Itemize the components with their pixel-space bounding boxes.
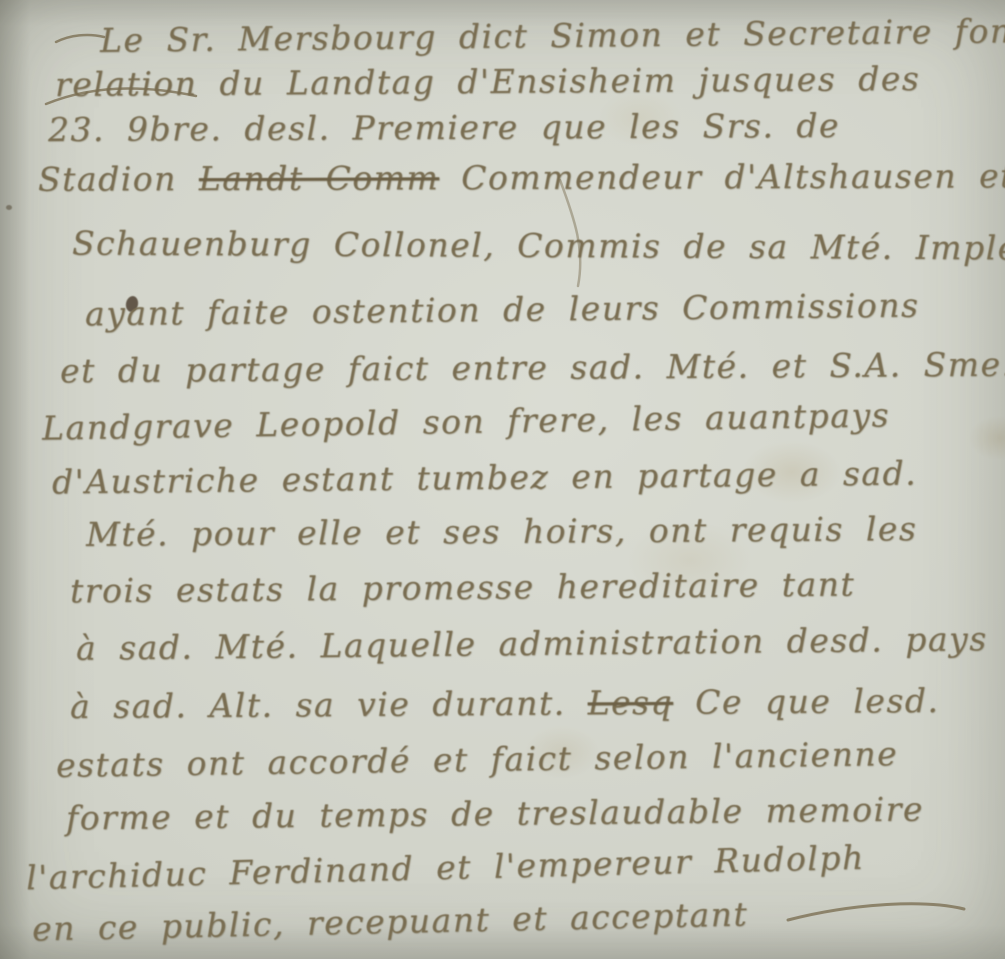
struck-text: Lesq — [588, 683, 674, 723]
line-4-post: Commendeur d'Altshausen et — [439, 156, 1005, 197]
manuscript-text-block: Le Sr. Mersbourg dict Simon et Secretair… — [0, 0, 1005, 959]
manuscript-line-9: d'Austriche estant tumbez en partage a s… — [52, 453, 917, 501]
manuscript-line-3: 23. 9bre. desl. Premiere que les Srs. de — [48, 106, 840, 149]
manuscript-line-10: Mté. pour elle et ses hoirs, ont requis … — [86, 509, 918, 554]
manuscript-line-4: Stadion Landt Comm Commendeur d'Altshaus… — [38, 156, 1005, 198]
manuscript-line-11: trois estats la promesse hereditaire tan… — [70, 565, 855, 611]
manuscript-line-16: l'archiduc Ferdinand et l'empereur Rudol… — [26, 838, 866, 897]
manuscript-line-2: relation du Landtag d'Ensisheim jusques … — [55, 59, 921, 104]
manuscript-line-5: Schauenburg Collonel, Commis de sa Mté. … — [72, 223, 1005, 267]
line-13-post: Ce que lesd. — [673, 681, 940, 722]
line-13-pre: à sad. Alt. sa vie durant. — [70, 683, 588, 726]
manuscript-line-17: en ce public, recepuant et acceptant — [32, 895, 749, 949]
manuscript-page: Le Sr. Mersbourg dict Simon et Secretair… — [0, 0, 1005, 959]
manuscript-line-12: à sad. Mté. Laquelle administration desd… — [76, 619, 988, 668]
line-4-pre: Stadion — [38, 159, 199, 199]
manuscript-line-14: estats ont accordé et faict selon l'anci… — [56, 734, 899, 785]
manuscript-line-6: ayant faite ostention de leurs Commissio… — [85, 286, 920, 334]
manuscript-line-15: forme et du temps de treslaudable memoir… — [66, 790, 924, 838]
manuscript-line-1: Le Sr. Mersbourg dict Simon et Secretair… — [100, 11, 1005, 60]
manuscript-line-8: Landgrave Leopold son frere, les auantpa… — [42, 395, 891, 447]
manuscript-line-13: à sad. Alt. sa vie durant. Lesq Ce que l… — [70, 681, 940, 726]
manuscript-line-7: et du partage faict entre sad. Mté. et S… — [60, 345, 1005, 391]
struck-text: Landt Comm — [199, 158, 440, 198]
